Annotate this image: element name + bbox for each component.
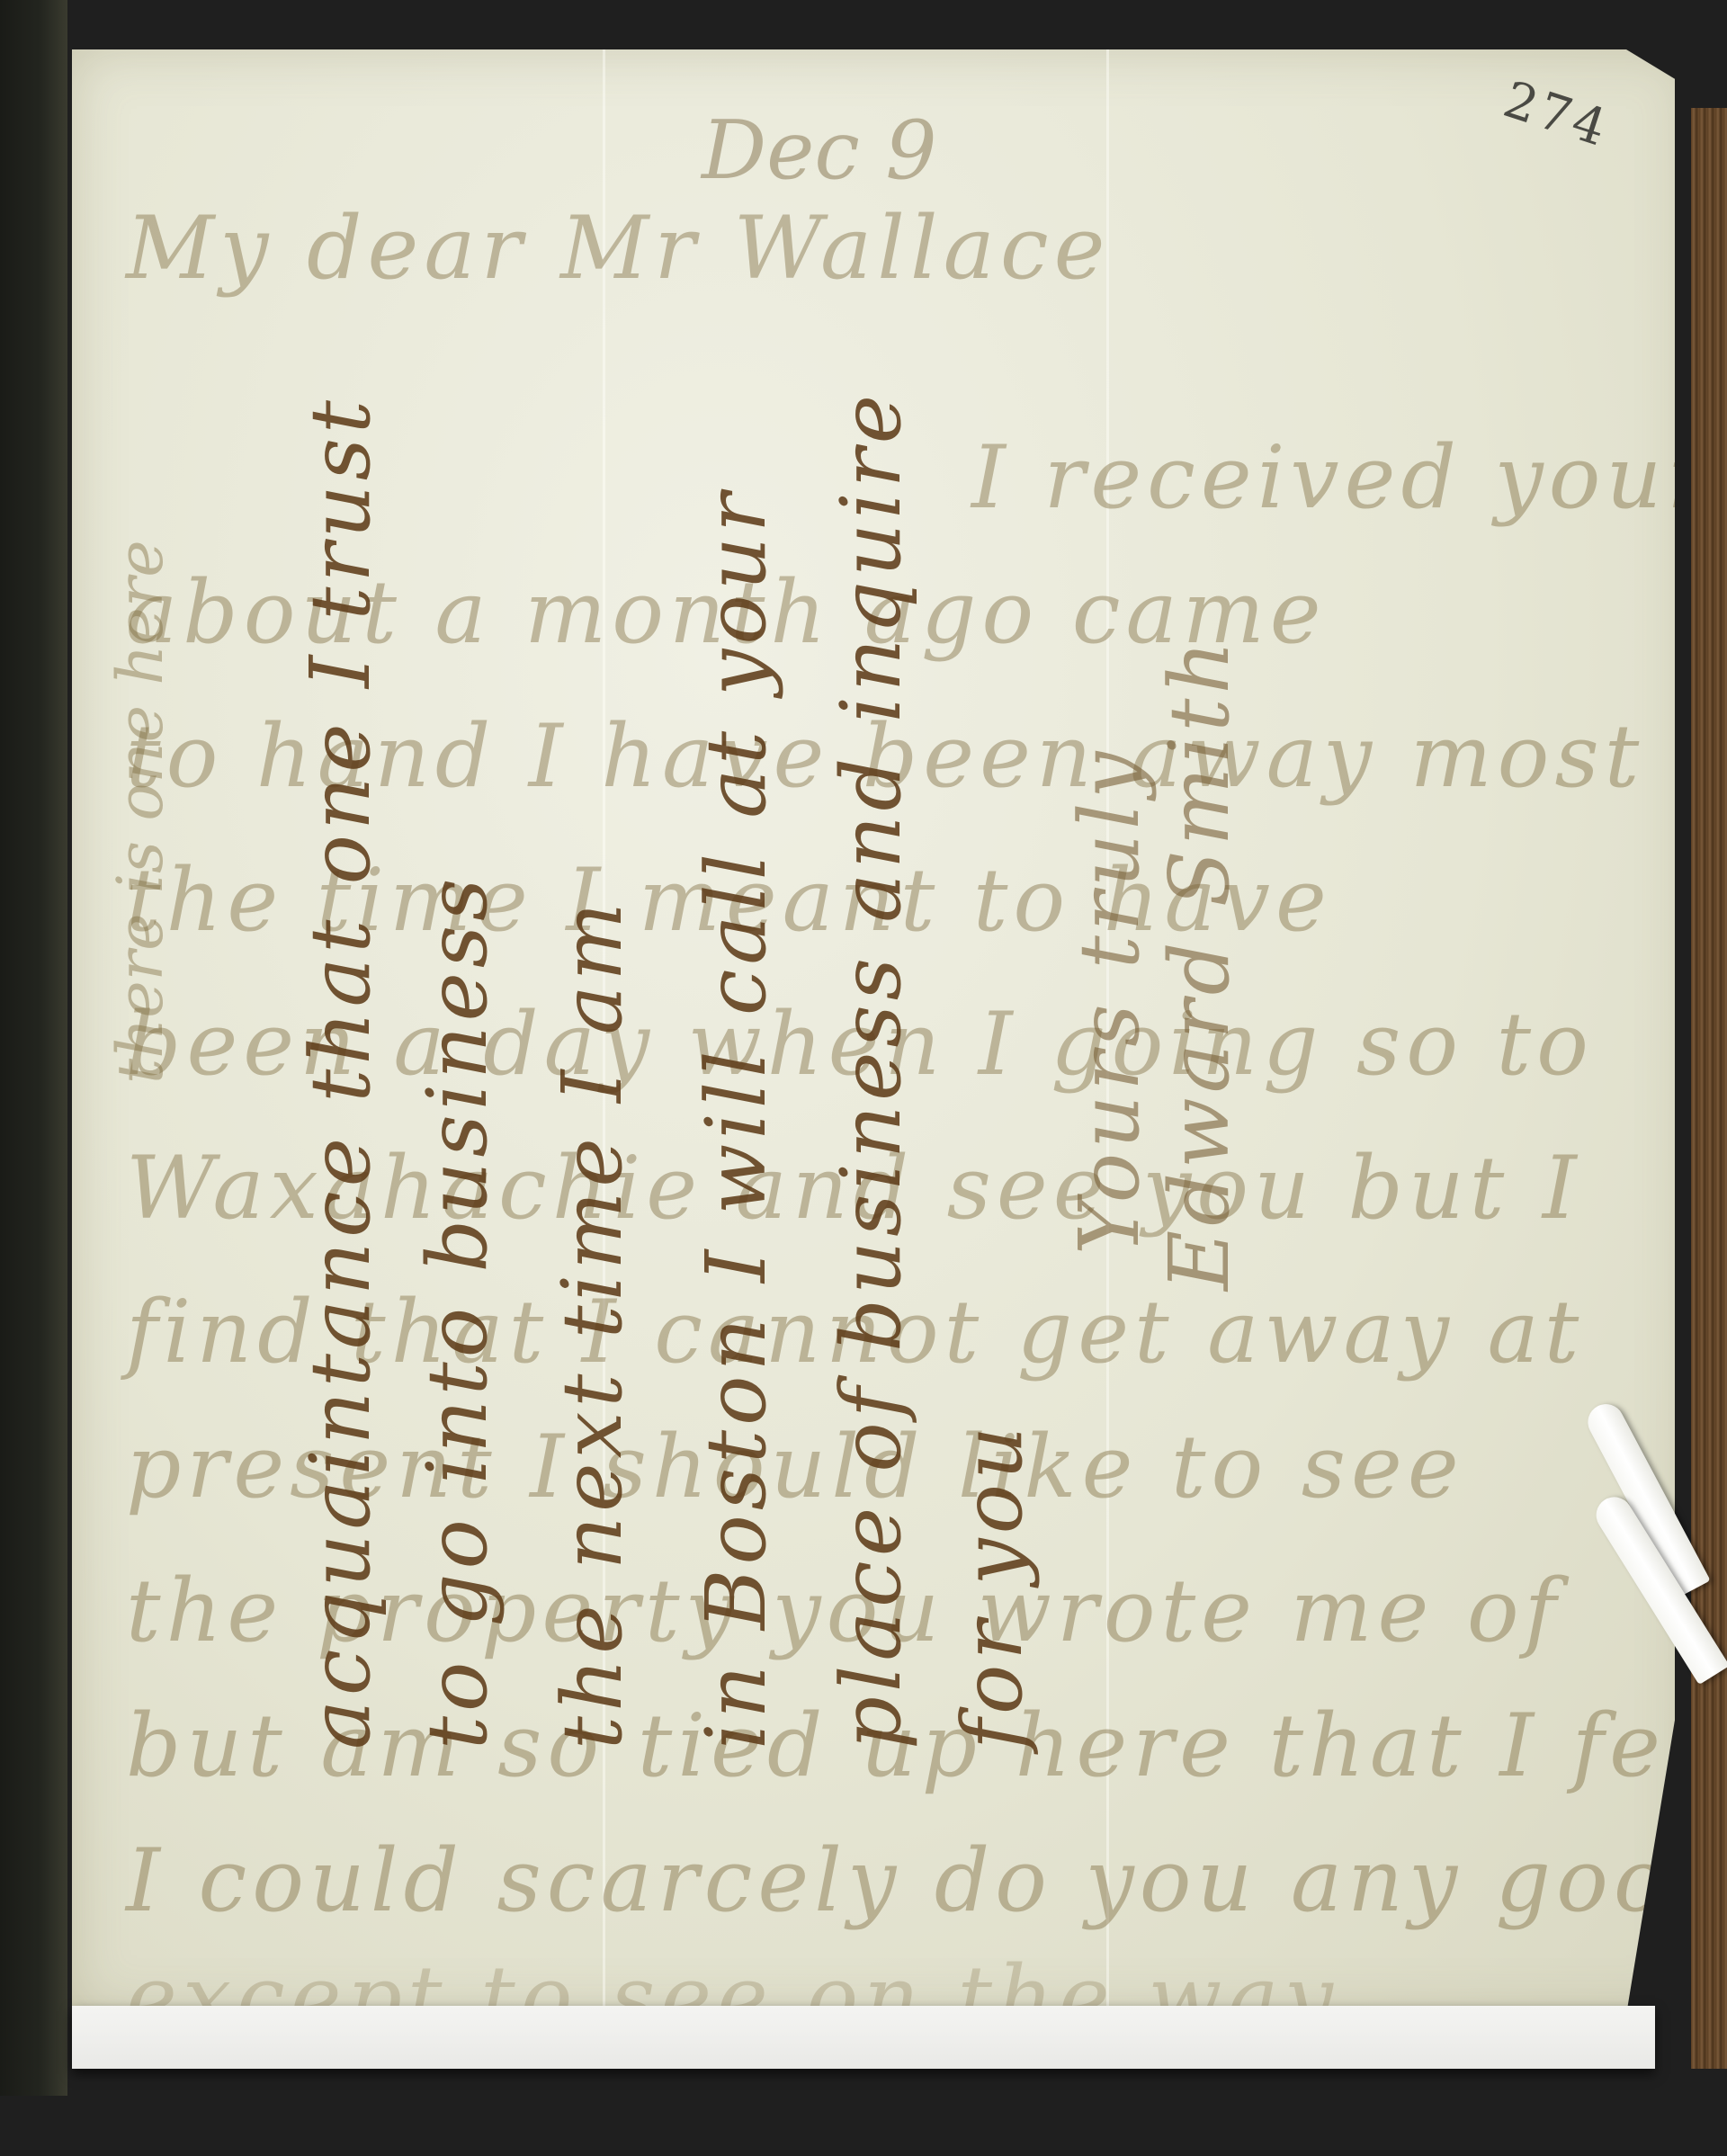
book-page-edges — [1691, 108, 1727, 2069]
book-spine-shadow — [0, 0, 67, 2096]
horizontal-line: I could scarcely do you any good — [126, 1830, 1727, 1931]
letter-page: 274 Dec 9 My dear Mr Wallace I received … — [72, 49, 1691, 2015]
white-backing-sheet — [72, 2006, 1655, 2069]
margin-text: there is one here — [103, 540, 177, 1084]
horizontal-line: I received your letter — [971, 427, 1727, 528]
closing: Yours truly — [1061, 747, 1158, 1255]
letter-date: Dec 9 — [702, 103, 937, 198]
page-number: 274 — [1497, 70, 1616, 159]
horizontal-line: My dear Mr Wallace — [126, 198, 1110, 299]
vertical-line: for you — [944, 1422, 1041, 1749]
vertical-line: the next time I am — [544, 898, 640, 1749]
vertical-line: to go into business — [409, 874, 506, 1749]
vertical-line: acquaintance that one I trust — [292, 396, 389, 1749]
vertical-line: place of business and inquire — [823, 390, 919, 1749]
vertical-line: in Boston I will call at your — [688, 488, 784, 1749]
signature: Edward Smith — [1151, 636, 1248, 1291]
